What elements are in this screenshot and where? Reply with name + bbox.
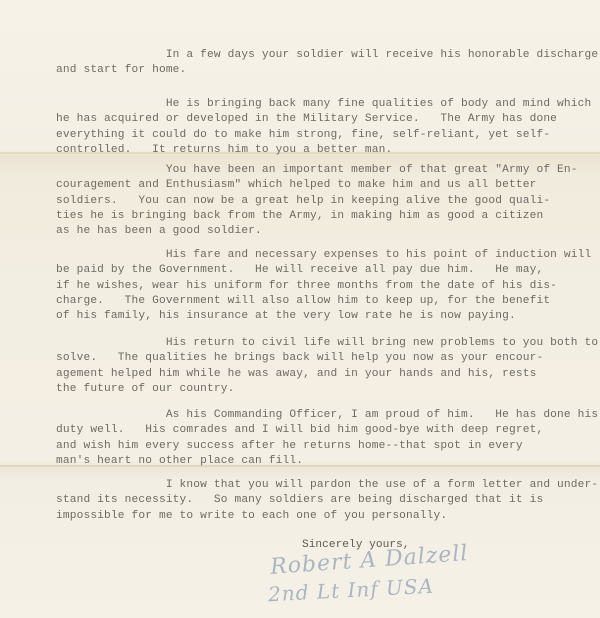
text-line: ties he is bringing back from the Army, … xyxy=(56,209,578,224)
text-line: and start for home. xyxy=(56,63,598,78)
paragraph-expenses: His fare and necessary expenses to his p… xyxy=(56,248,591,324)
text-line: His fare and necessary expenses to his p… xyxy=(56,248,591,263)
text-line: agement helped him while he was away, an… xyxy=(56,367,598,382)
paragraph-discharge: In a few days your soldier will receive … xyxy=(56,48,598,79)
text-line: of his family, his insurance at the very… xyxy=(56,309,591,324)
text-line: charge. The Government will also allow h… xyxy=(56,294,591,309)
text-line: if he wishes, wear his uniform for three… xyxy=(56,279,591,294)
paragraph-qualities: He is bringing back many fine qualities … xyxy=(56,97,591,158)
text-line: I know that you will pardon the use of a… xyxy=(56,478,598,493)
text-line: everything it could do to make him stron… xyxy=(56,128,591,143)
paragraph-army-of-encouragement: You have been an important member of tha… xyxy=(56,163,578,239)
text-line: soldiers. You can now be a great help in… xyxy=(56,194,578,209)
text-line: man's heart no other place can fill. xyxy=(56,454,598,469)
text-line: couragement and Enthusiasm" which helped… xyxy=(56,178,578,193)
text-line: the future of our country. xyxy=(56,382,598,397)
text-line: duty well. His comrades and I will bid h… xyxy=(56,423,598,438)
text-line: He is bringing back many fine qualities … xyxy=(56,97,591,112)
text-line: he has acquired or developed in the Mili… xyxy=(56,112,591,127)
paragraph-commanding-officer: As his Commanding Officer, I am proud of… xyxy=(56,408,598,469)
text-line: stand its necessity. So many soldiers ar… xyxy=(56,493,598,508)
text-line: controlled. It returns him to you a bett… xyxy=(56,143,591,158)
text-line: In a few days your soldier will receive … xyxy=(56,48,598,63)
text-line: be paid by the Government. He will recei… xyxy=(56,263,591,278)
paragraph-civil-life: His return to civil life will bring new … xyxy=(56,336,598,397)
text-line: As his Commanding Officer, I am proud of… xyxy=(56,408,598,423)
text-line: impossible for me to write to each one o… xyxy=(56,509,598,524)
paragraph-form-letter: I know that you will pardon the use of a… xyxy=(56,478,598,524)
text-line: His return to civil life will bring new … xyxy=(56,336,598,351)
text-line: solve. The qualities he brings back will… xyxy=(56,351,598,366)
text-line: and wish him every success after he retu… xyxy=(56,439,598,454)
text-line: as he has been a good soldier. xyxy=(56,224,578,239)
text-line: You have been an important member of tha… xyxy=(56,163,578,178)
